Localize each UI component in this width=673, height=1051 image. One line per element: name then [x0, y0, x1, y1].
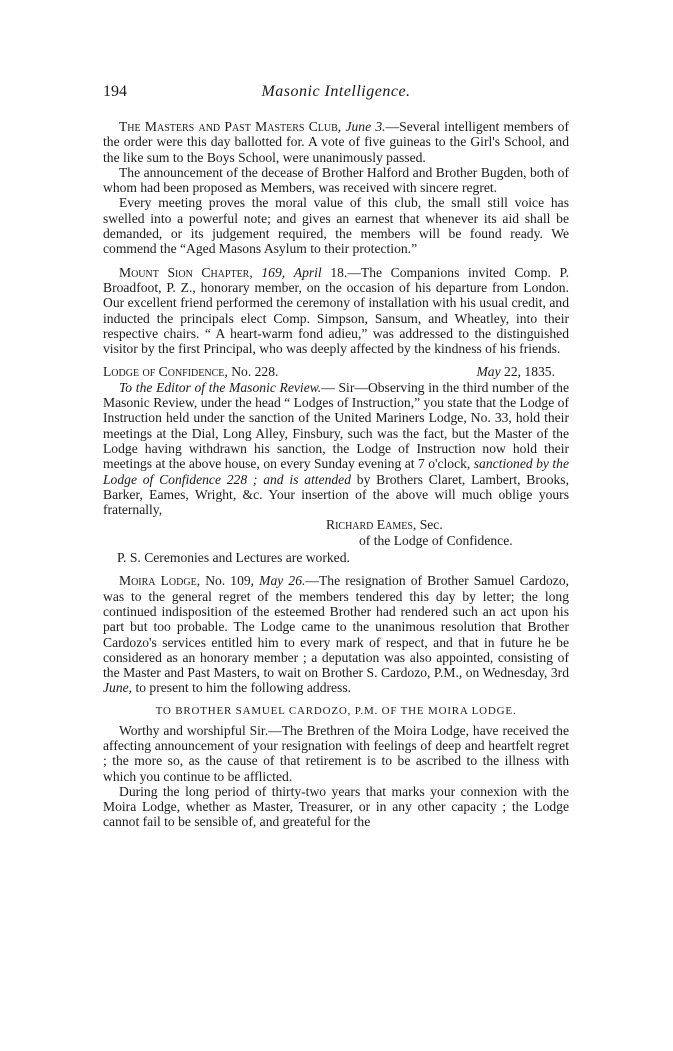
paragraph: Moira Lodge, No. 109, May 26.—The resign… — [103, 573, 569, 695]
section-date: June 3. — [345, 119, 385, 134]
section-mount-sion: Mount Sion Chapter, 169, April 18.—The C… — [103, 265, 569, 357]
paragraph: The Masters and Past Masters Club, June … — [103, 119, 569, 165]
paragraph-text: —The resignation of Brother Samuel Cardo… — [103, 573, 569, 680]
section-heading: Mount Sion Chapter, — [119, 265, 253, 280]
letter-body: To the Editor of the Masonic Review.— Si… — [103, 380, 569, 518]
paragraph: The announcement of the decease of Broth… — [103, 165, 569, 196]
salutation: To the Editor of the Masonic Review. — [119, 380, 321, 395]
dateline-right: May 22, 1835. — [476, 364, 555, 379]
section-address: TO BROTHER SAMUEL CARDOZO, P.M. OF THE M… — [103, 704, 569, 830]
section-lodge-confidence: Lodge of Confidence, No. 228. May 22, 18… — [103, 364, 569, 565]
section-number: No. 228. — [231, 364, 278, 379]
date-rest: 22, 1835. — [504, 364, 555, 379]
postscript: P. S. Ceremonies and Lectures are worked… — [103, 550, 569, 565]
running-title: Masonic Intelligence. — [103, 83, 569, 101]
dateline-left: Lodge of Confidence, No. 228. — [103, 364, 278, 379]
document-page: 194 Masonic Intelligence. The Masters an… — [103, 83, 569, 830]
section-heading: The Masters and Past Masters Club, — [119, 119, 341, 134]
paragraph: Every meeting proves the moral value of … — [103, 195, 569, 256]
section-date: May 26. — [259, 573, 305, 588]
page-header: 194 Masonic Intelligence. — [103, 83, 569, 105]
paragraph-italic: June, — [103, 680, 132, 695]
section-number: 169, — [261, 265, 285, 280]
paragraph-text: to present to him the following address. — [132, 680, 351, 695]
section-day: 18. — [330, 265, 347, 280]
paragraph: During the long period of thirty-two yea… — [103, 784, 569, 830]
dateline: Lodge of Confidence, No. 228. May 22, 18… — [103, 364, 569, 379]
section-date: April — [294, 265, 322, 280]
section-masters-club: The Masters and Past Masters Club, June … — [103, 119, 569, 257]
paragraph: Worthy and worshipful Sir.—The Brethren … — [103, 723, 569, 784]
date-month: May — [476, 364, 500, 379]
section-number: No. 109, — [205, 573, 254, 588]
signature-title: Sec. — [420, 517, 443, 532]
address-heading: TO BROTHER SAMUEL CARDOZO, P.M. OF THE M… — [103, 704, 569, 719]
paragraph: Mount Sion Chapter, 169, April 18.—The C… — [103, 265, 569, 357]
section-moira-lodge: Moira Lodge, No. 109, May 26.—The resign… — [103, 573, 569, 695]
signature: Richard Eames, Sec. — [103, 517, 569, 532]
section-heading: Moira Lodge, — [119, 573, 200, 588]
section-heading: Lodge of Confidence, — [103, 364, 228, 379]
signature-name: Richard Eames, — [326, 517, 416, 532]
signature-line-2: of the Lodge of Confidence. — [103, 533, 569, 548]
